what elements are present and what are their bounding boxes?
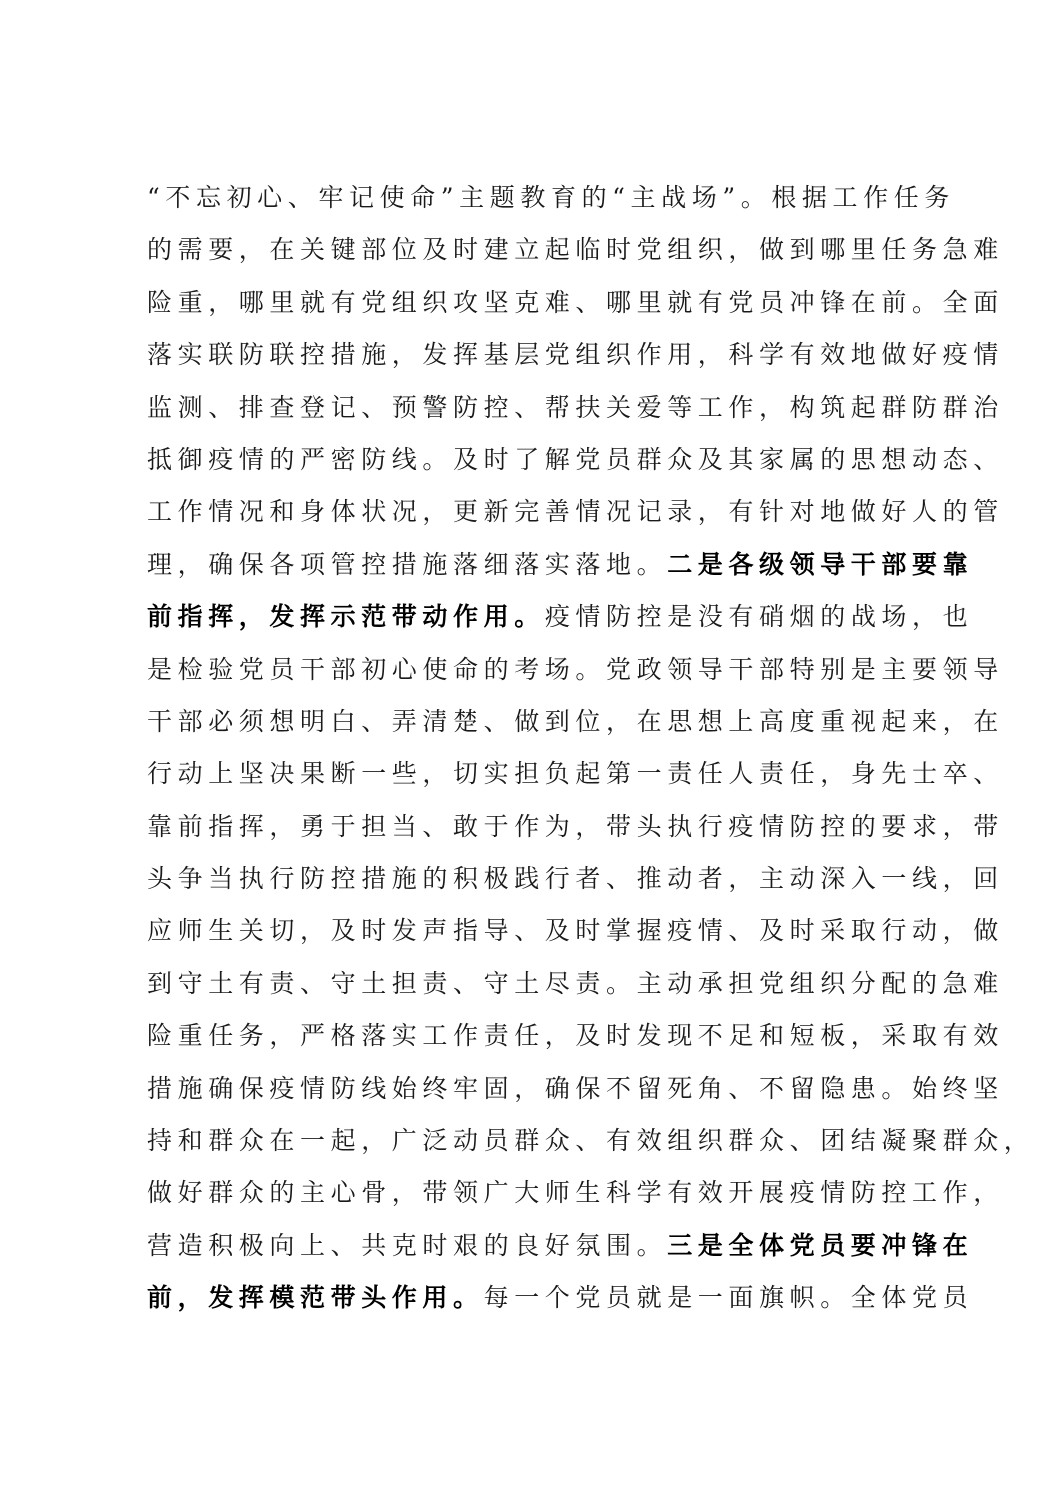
text-line: 监测、排查登记、预警防控、帮扶关爱等工作，构筑起群防群治 <box>147 382 922 434</box>
bold-heading-text: 前指挥，发挥示范带动作用。 <box>147 602 545 631</box>
paragraph-text: 行动上坚决果断一些，切实担负起第一责任人责任，身先士卒、 <box>147 759 1004 788</box>
text-line: 应师生关切，及时发声指导、及时掌握疫情、及时采取行动，做 <box>147 905 922 957</box>
paragraph-text: 抵御疫情的严密防线。及时了解党员群众及其家属的思想动态、 <box>147 445 1004 474</box>
text-line: 理，确保各项管控措施落细落实落地。二是各级领导干部要靠 <box>147 539 922 591</box>
paragraph-text: 落实联防联控措施，发挥基层党组织作用，科学有效地做好疫情 <box>147 340 1004 369</box>
text-line: 行动上坚决果断一些，切实担负起第一责任人责任，身先士卒、 <box>147 748 922 800</box>
text-line: 险重任务，严格落实工作责任，及时发现不足和短板，采取有效 <box>147 1010 922 1062</box>
paragraph-text: 理，确保各项管控措施落细落实落地。 <box>147 550 667 579</box>
text-line: “不忘初心、牢记使命”主题教育的“主战场”。根据工作任务 <box>147 172 922 224</box>
text-line: 靠前指挥，勇于担当、敢于作为，带头执行疫情防控的要求，带 <box>147 801 922 853</box>
paragraph-text: 应师生关切，及时发声指导、及时掌握疫情、及时采取行动，做 <box>147 916 1004 945</box>
paragraph-text: 措施确保疫情防线始终牢固，确保不留死角、不留隐患。始终坚 <box>147 1074 1004 1103</box>
text-line: 的需要，在关键部位及时建立起临时党组织，做到哪里任务急难 <box>147 224 922 276</box>
text-line: 抵御疫情的严密防线。及时了解党员群众及其家属的思想动态、 <box>147 434 922 486</box>
paragraph-text: 险重任务，严格落实工作责任，及时发现不足和短板，采取有效 <box>147 1021 1004 1050</box>
bold-heading-text: 三是全体党员要冲锋在 <box>667 1231 973 1260</box>
bold-heading-text: 二是各级领导干部要靠 <box>667 550 973 579</box>
paragraph-text: 干部必须想明白、弄清楚、做到位，在思想上高度重视起来，在 <box>147 707 1004 736</box>
paragraph-text: 做好群众的主心骨，带领广大师生科学有效开展疫情防控工作， <box>147 1178 1004 1207</box>
paragraph-text: 到守土有责、守土担责、守土尽责。主动承担党组织分配的急难 <box>147 969 1004 998</box>
document-page: “不忘初心、牢记使命”主题教育的“主战场”。根据工作任务的需要，在关键部位及时建… <box>0 0 1060 1500</box>
paragraph-text: “不忘初心、牢记使命”主题教育的“主战场”。根据工作任务 <box>147 183 955 212</box>
text-line: 到守土有责、守土担责、守土尽责。主动承担党组织分配的急难 <box>147 958 922 1010</box>
text-line: 营造积极向上、共克时艰的良好氛围。三是全体党员要冲锋在 <box>147 1220 922 1272</box>
paragraph-text: 险重，哪里就有党组织攻坚克难、哪里就有党员冲锋在前。全面 <box>147 288 1004 317</box>
text-line: 干部必须想明白、弄清楚、做到位，在思想上高度重视起来，在 <box>147 696 922 748</box>
paragraph-text: 每一个党员就是一面旗帜。全体党员 <box>484 1283 974 1312</box>
text-line: 是检验党员干部初心使命的考场。党政领导干部特别是主要领导 <box>147 644 922 696</box>
paragraph-text: 是检验党员干部初心使命的考场。党政领导干部特别是主要领导 <box>147 655 1004 684</box>
paragraph-text: 持和群众在一起，广泛动员群众、有效组织群众、团结凝聚群众， <box>147 1126 1034 1155</box>
body-text: “不忘初心、牢记使命”主题教育的“主战场”。根据工作任务的需要，在关键部位及时建… <box>147 172 922 1325</box>
paragraph-text: 靠前指挥，勇于担当、敢于作为，带头执行疫情防控的要求，带 <box>147 812 1004 841</box>
text-line: 头争当执行防控措施的积极践行者、推动者，主动深入一线，回 <box>147 853 922 905</box>
paragraph-text: 疫情防控是没有硝烟的战场，也 <box>545 602 973 631</box>
paragraph-text: 头争当执行防控措施的积极践行者、推动者，主动深入一线，回 <box>147 864 1004 893</box>
bold-heading-text: 前，发挥模范带头作用。 <box>147 1283 484 1312</box>
text-line: 前指挥，发挥示范带动作用。疫情防控是没有硝烟的战场，也 <box>147 591 922 643</box>
text-line: 措施确保疫情防线始终牢固，确保不留死角、不留隐患。始终坚 <box>147 1063 922 1115</box>
paragraph-text: 营造积极向上、共克时艰的良好氛围。 <box>147 1231 667 1260</box>
text-line: 持和群众在一起，广泛动员群众、有效组织群众、团结凝聚群众， <box>147 1115 922 1167</box>
text-line: 落实联防联控措施，发挥基层党组织作用，科学有效地做好疫情 <box>147 329 922 381</box>
paragraph-text: 的需要，在关键部位及时建立起临时党组织，做到哪里任务急难 <box>147 235 1004 264</box>
text-line: 工作情况和身体状况，更新完善情况记录，有针对地做好人的管 <box>147 486 922 538</box>
text-line: 做好群众的主心骨，带领广大师生科学有效开展疫情防控工作， <box>147 1167 922 1219</box>
text-line: 险重，哪里就有党组织攻坚克难、哪里就有党员冲锋在前。全面 <box>147 277 922 329</box>
text-line: 前，发挥模范带头作用。每一个党员就是一面旗帜。全体党员 <box>147 1272 922 1324</box>
paragraph-text: 监测、排查登记、预警防控、帮扶关爱等工作，构筑起群防群治 <box>147 393 1004 422</box>
paragraph-text: 工作情况和身体状况，更新完善情况记录，有针对地做好人的管 <box>147 497 1004 526</box>
